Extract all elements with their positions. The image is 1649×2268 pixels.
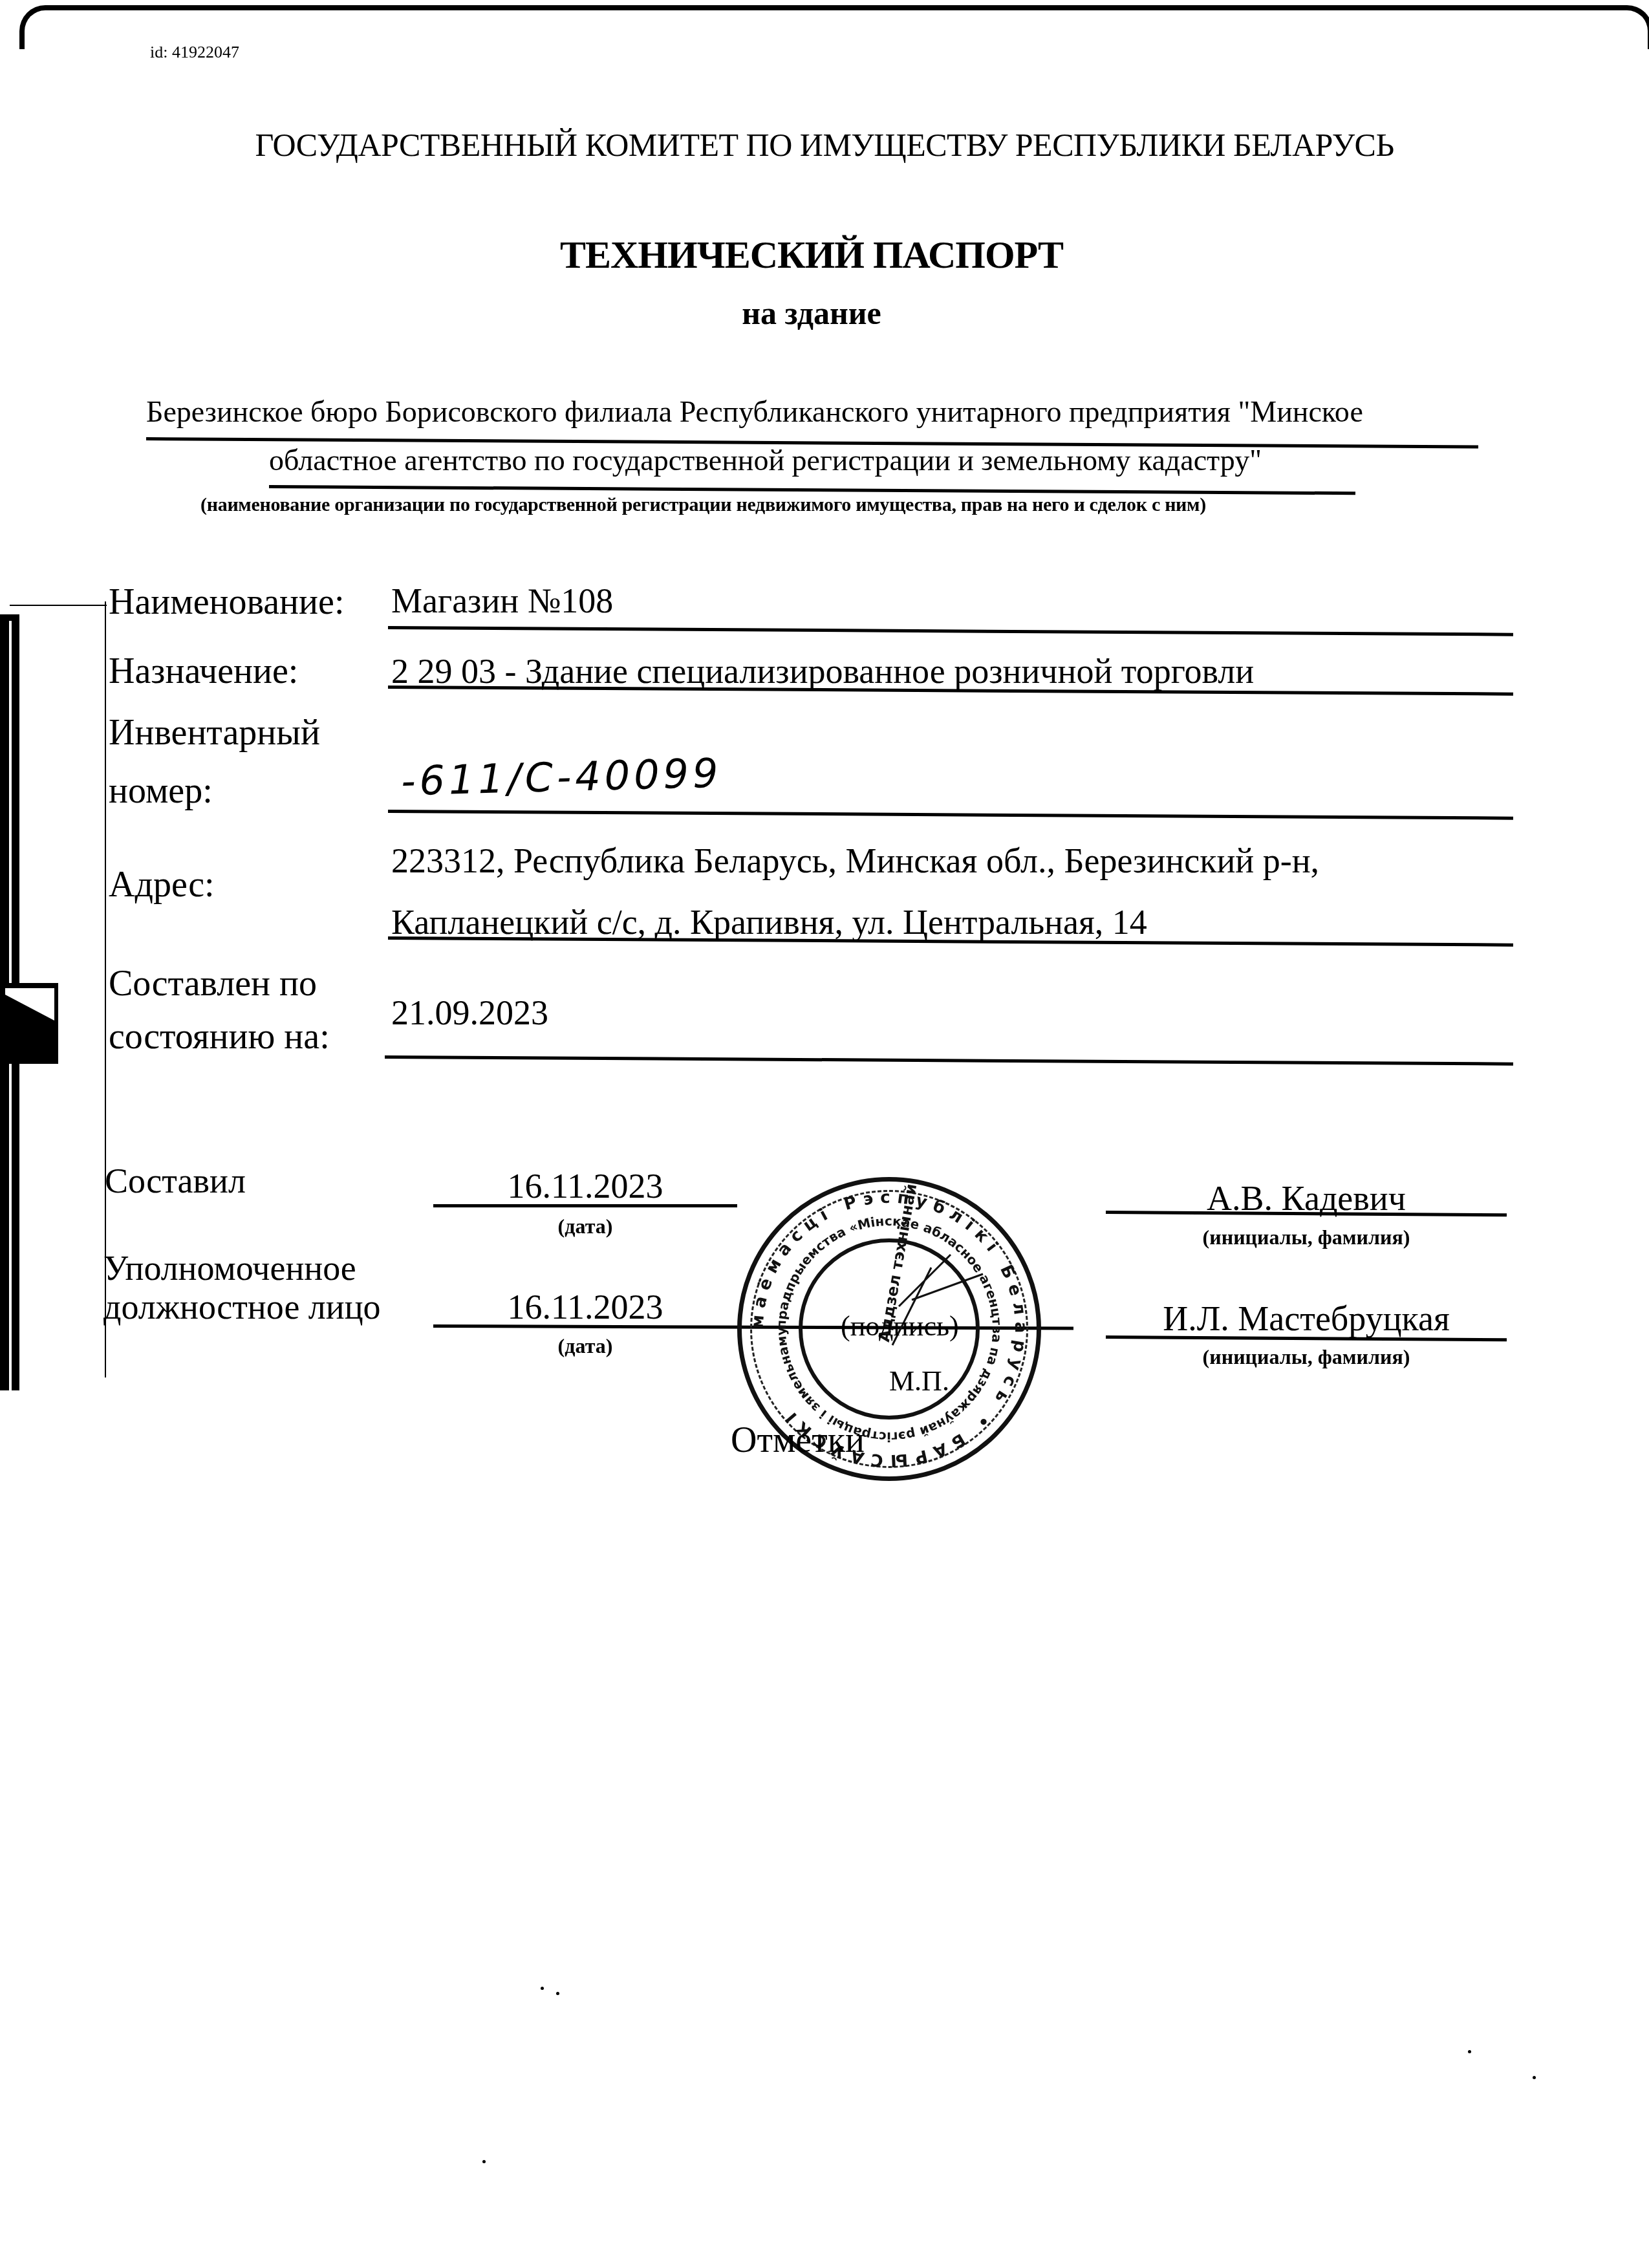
scan-speck <box>1533 2076 1536 2079</box>
field-label-purpose: Назначение: <box>109 650 298 693</box>
field-value-name: Магазин №108 <box>391 581 613 621</box>
authorized-name: И.Л. Мастебруцкая <box>1099 1299 1513 1339</box>
field-underline-name <box>388 626 1513 636</box>
signature-label-authorized-2: должностное лицо <box>103 1287 381 1327</box>
document-id: id: 41922047 <box>150 43 239 62</box>
signature-caption: (подпись) <box>841 1310 959 1343</box>
field-label-inventory-1: Инвентарный <box>109 711 320 754</box>
field-underline-state-date <box>385 1055 1513 1066</box>
compiled-date-underline <box>433 1204 737 1207</box>
scan-speck <box>1468 2050 1471 2053</box>
compiled-date: 16.11.2023 <box>433 1166 737 1206</box>
scan-speck <box>541 1987 544 1990</box>
field-value-purpose: 2 29 03 - Здание специализированное розн… <box>391 651 1254 691</box>
field-label-name: Наименование: <box>109 581 344 623</box>
organization-line-1: Березинское бюро Борисовского филиала Ре… <box>146 394 1363 429</box>
committee-heading: ГОСУДАРСТВЕННЫЙ КОМИТЕТ ПО ИМУЩЕСТВУ РЕС… <box>0 126 1649 164</box>
notes-heading: Отметки <box>731 1420 865 1461</box>
field-label-address: Адрес: <box>109 863 215 906</box>
page-title: ТЕХНИЧЕСКИЙ ПАСПОРТ <box>0 233 1623 277</box>
field-value-state-date: 21.09.2023 <box>391 993 548 1033</box>
field-label-state-date-2: состоянию на: <box>109 1015 330 1058</box>
page-subtitle: на здание <box>0 294 1623 332</box>
authorized-date-caption: (дата) <box>498 1334 673 1358</box>
seal-caption: М.П. <box>889 1365 949 1398</box>
scan-speck <box>482 2160 486 2163</box>
signature-label-compiled: Составил <box>105 1161 246 1201</box>
signature-label-authorized-1: Уполномоченное <box>103 1248 356 1288</box>
field-value-address-1: 223312, Республика Беларусь, Минская обл… <box>391 841 1319 881</box>
scan-speck <box>556 1992 559 1995</box>
authorized-name-caption: (инициалы, фамилия) <box>1112 1345 1500 1369</box>
margin-tick <box>10 605 107 606</box>
organization-caption: (наименование организации по государстве… <box>200 494 1206 516</box>
field-underline-inventory <box>388 810 1513 820</box>
compiled-name-caption: (инициалы, фамилия) <box>1112 1226 1500 1249</box>
field-value-address-2: Капланецкий с/с, д. Крапивня, ул. Центра… <box>391 902 1147 942</box>
authorized-date: 16.11.2023 <box>433 1287 737 1327</box>
field-label-state-date-1: Составлен по <box>109 962 317 1005</box>
scan-top-edge <box>19 5 1649 49</box>
compiled-date-caption: (дата) <box>498 1215 673 1238</box>
field-label-inventory-2: номер: <box>109 770 213 812</box>
organization-line-2: областное агентство по государственной р… <box>269 443 1262 477</box>
field-value-inventory-handwritten: -611/С-40099 <box>400 750 722 805</box>
organization-underline-2 <box>269 485 1355 495</box>
